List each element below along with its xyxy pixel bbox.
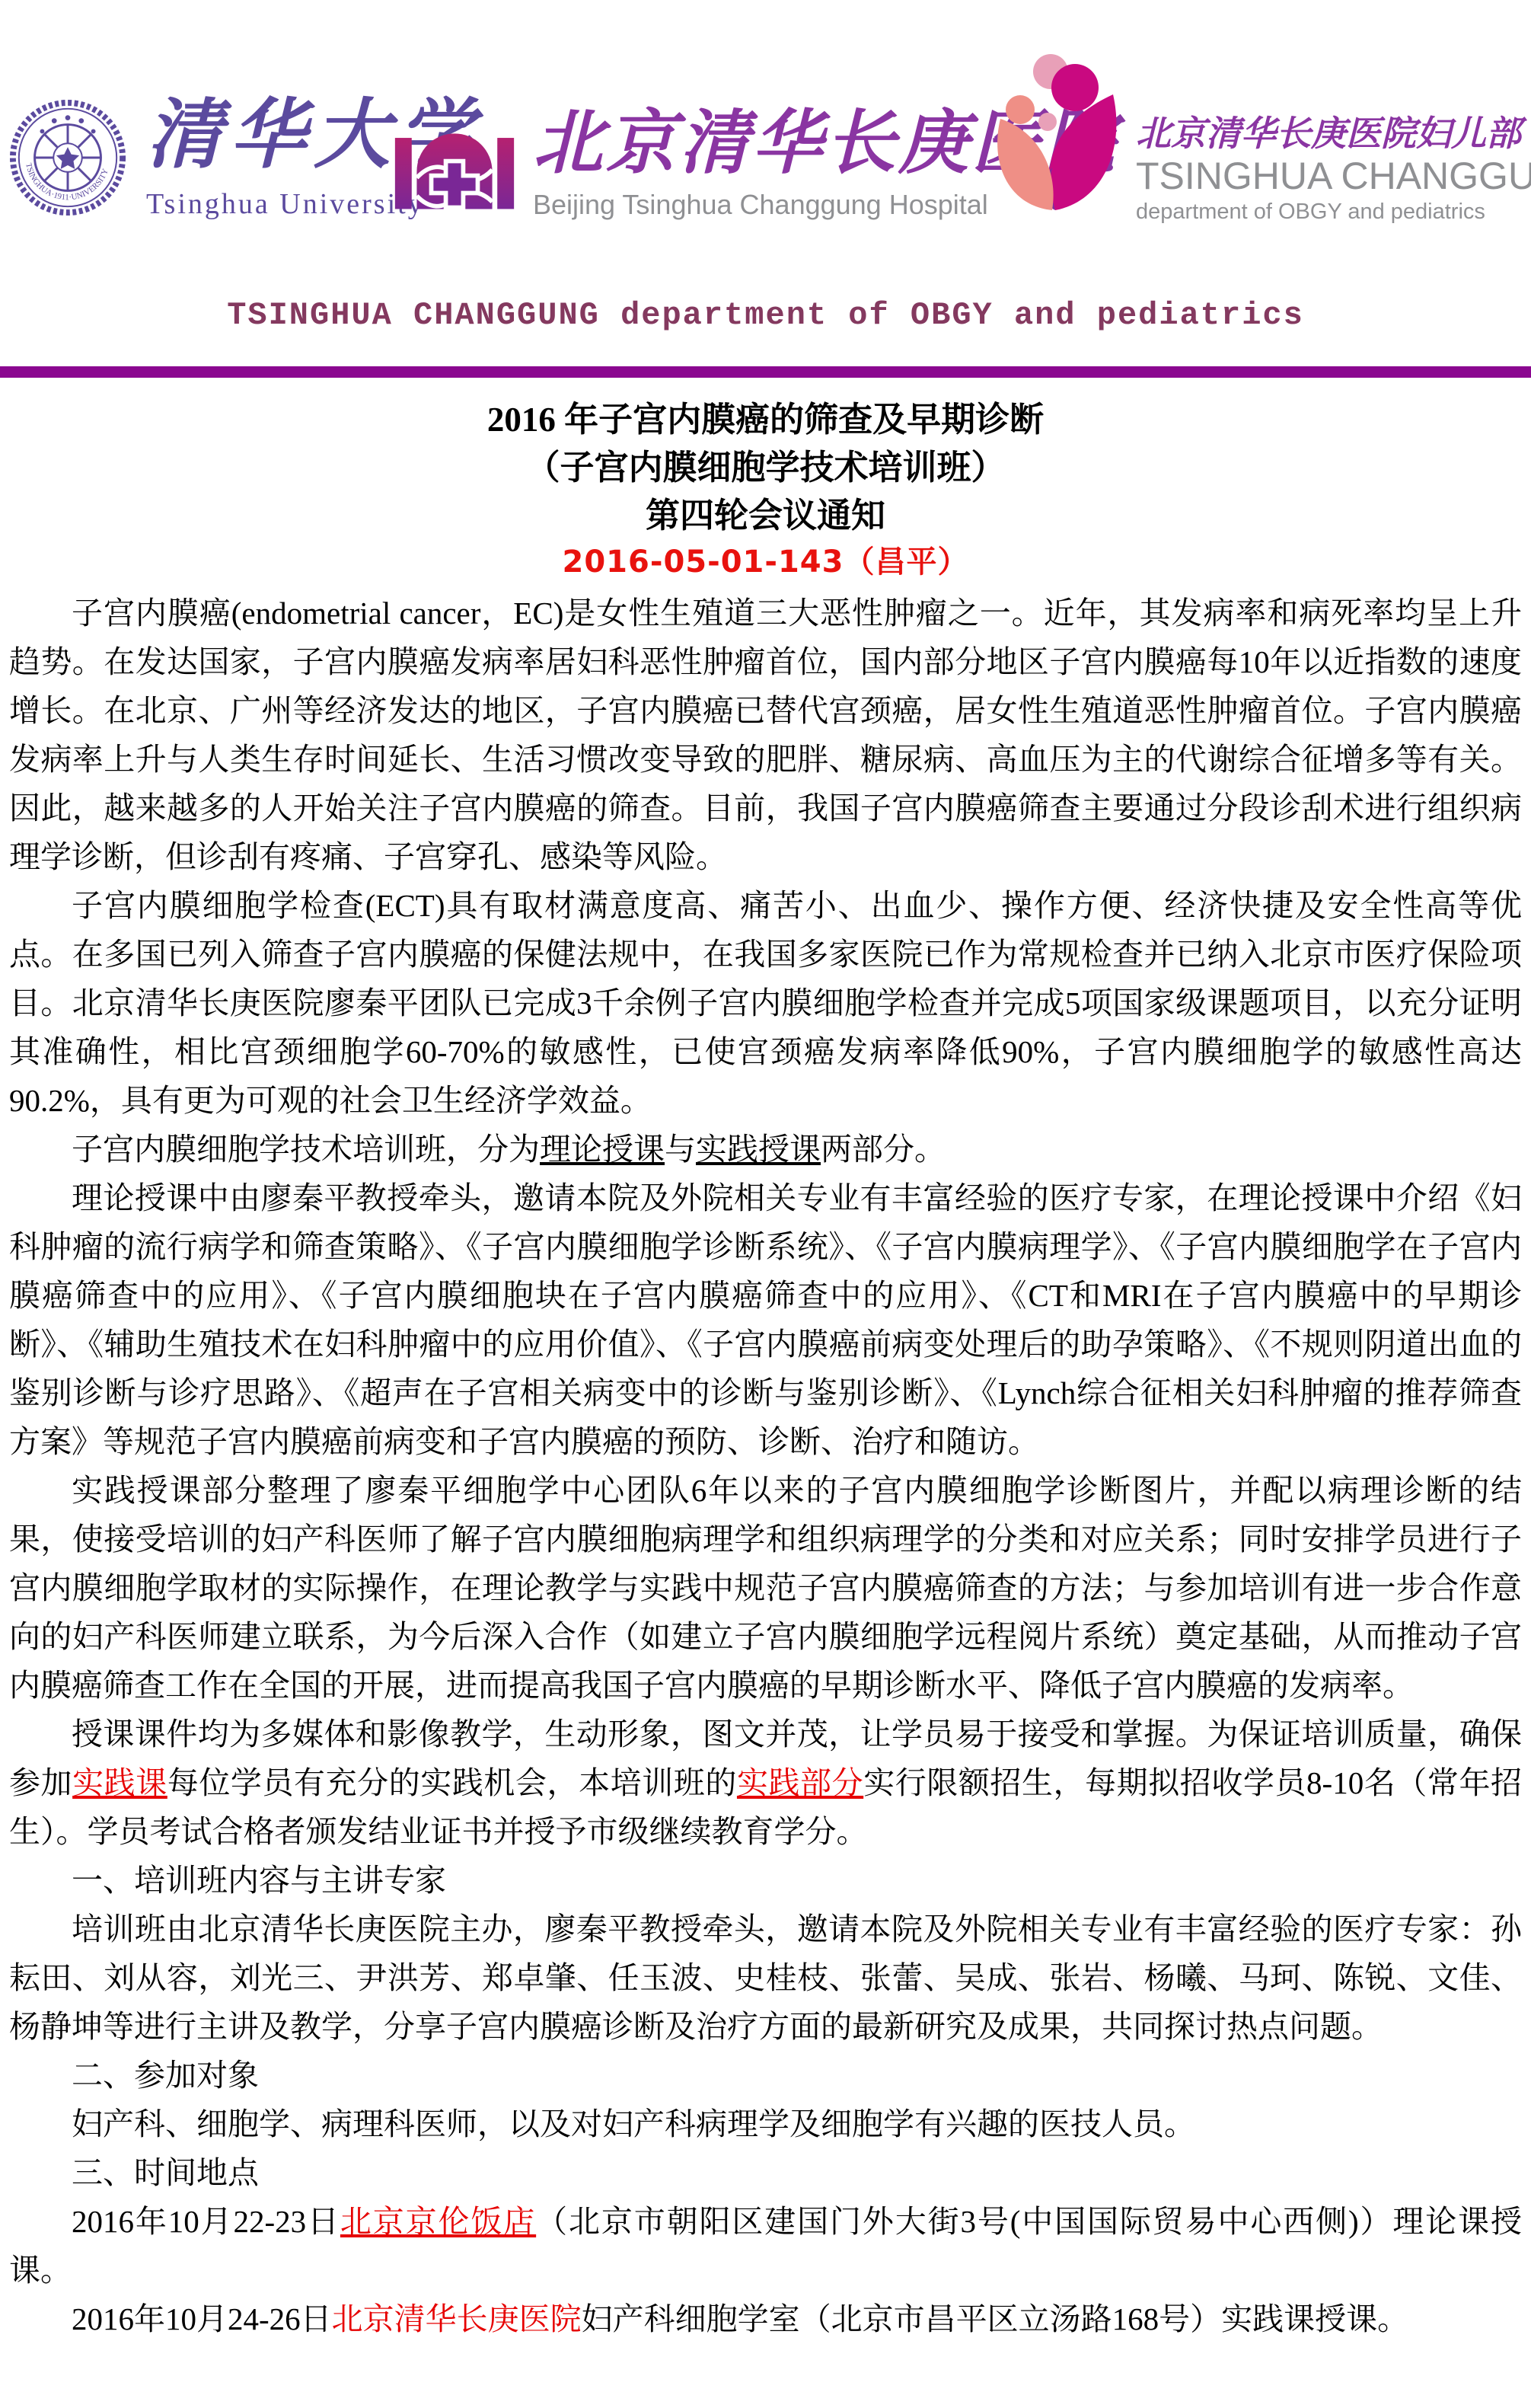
document-subtitle: （子宫内膜细胞学技术培训班） [0,444,1531,492]
text-segment: 子宫内膜细胞学技术培训班，分为 [72,1132,540,1167]
text-segment: 一、培训班内容与主讲专家 [72,1863,446,1898]
paragraph: 2016年10月24-26日北京清华长庚医院妇产科细胞学室（北京市昌平区立汤路1… [9,2295,1522,2343]
text-segment: 与 [665,1132,696,1167]
paragraph: 授课课件均为多媒体和影像教学，生动形象，图文并茂，让学员易于接受和掌握。为保证培… [9,1710,1522,1856]
text-segment: 三、时间地点 [72,2155,259,2190]
title-block: 2016 年子宫内膜癌的筛查及早期诊断 （子宫内膜细胞学技术培训班） 第四轮会议… [0,396,1531,584]
paragraph: 子宫内膜癌(endometrial cancer，EC)是女性生殖道三大恶性肿瘤… [9,589,1522,881]
notice-code: 2016-05-01-143（昌平） [0,540,1531,584]
notice-round-title: 第四轮会议通知 [0,492,1531,540]
text-segment: 二、参加对象 [72,2058,259,2093]
paragraph: 一、培训班内容与主讲专家 [9,1856,1522,1905]
text-segment: 实践授课部分整理了廖秦平细胞学中心团队6年以来的子宫内膜细胞学诊断图片，并配以病… [9,1473,1522,1703]
hospital-cn-calligraphy: 北京清华长庚医院 [533,108,990,178]
paragraph: 子宫内膜细胞学检查(ECT)具有取材满意度高、痛苦小、出血少、操作方便、经济快捷… [9,881,1522,1125]
text-segment: 理论授课中由廖秦平教授牵头，邀请本院及外院相关专业有丰富经验的医疗专家，在理论授… [9,1180,1522,1459]
paragraph: 妇产科、细胞学、病理科医师，以及对妇产科病理学及细胞学有兴趣的医技人员。 [9,2100,1522,2148]
notice-document-page: TSINGHUA·1911·UNIVERSITY 清华大学 Tsinghua U… [0,0,1531,2408]
text-segment: 每位学员有充分的实践机会，本培训班的 [167,1765,737,1800]
tsinghua-cn-calligraphy: 清华大学 [146,97,397,174]
text-segment: 子宫内膜癌(endometrial cancer，EC)是女性生殖道三大恶性肿瘤… [9,596,1522,874]
department-wordmark: 北京清华长庚医院妇儿部 TSINGHUA CHANGGUNG departmen… [1136,113,1501,225]
header-logo-row: TSINGHUA·1911·UNIVERSITY 清华大学 Tsinghua U… [0,0,1531,255]
paragraph: 二、参加对象 [9,2051,1522,2100]
department-en-subtitle: department of OBGY and pediatrics [1136,199,1501,225]
document-title: 2016 年子宫内膜癌的筛查及早期诊断 [0,396,1531,444]
tsinghua-university-seal-icon: TSINGHUA·1911·UNIVERSITY [8,97,128,218]
highlighted-text-segment: 实践授课 [696,1132,821,1167]
paragraph: 2016年10月22-23日北京京伦饭店（北京市朝阳区建国门外大街3号(中国国际… [9,2197,1522,2295]
department-cn-calligraphy: 北京清华长庚医院妇儿部 [1136,113,1501,155]
text-segment: 妇产科、细胞学、病理科医师，以及对妇产科病理学及细胞学有兴趣的医技人员。 [72,2106,1195,2141]
purple-divider-bar [0,366,1531,378]
text-segment: 子宫内膜细胞学检查(ECT)具有取材满意度高、痛苦小、出血少、操作方便、经济快捷… [9,888,1522,1118]
highlighted-text-segment: 实践部分 [737,1765,863,1800]
paragraph: 子宫内膜细胞学技术培训班，分为理论授课与实践授课两部分。 [9,1125,1522,1174]
highlighted-text-segment: 北京清华长庚医院 [332,2301,582,2336]
header-banner-text: TSINGHUA CHANGGUNG department of OBGY an… [0,299,1531,331]
text-segment: 2016年10月24-26日 [72,2301,332,2336]
department-en-title: TSINGHUA CHANGGUNG [1136,155,1501,199]
tsinghua-en-label: Tsinghua University [146,187,397,221]
paragraph: 三、时间地点 [9,2148,1522,2197]
highlighted-text-segment: 北京京伦饭店 [340,2204,536,2239]
hospital-cross-emblem-icon [393,107,516,217]
paragraph: 实践授课部分整理了廖秦平细胞学中心团队6年以来的子宫内膜细胞学诊断图片，并配以病… [9,1466,1522,1710]
tsinghua-wordmark: 清华大学 Tsinghua University [146,97,397,221]
highlighted-text-segment: 实践课 [72,1765,167,1800]
paragraph: 培训班由北京清华长庚医院主办，廖秦平教授牵头，邀请本院及外院相关专业有丰富经验的… [9,1905,1522,2051]
text-segment: 2016年10月22-23日 [72,2204,340,2239]
mother-child-logo-icon [984,47,1128,238]
document-body: 子宫内膜癌(endometrial cancer，EC)是女性生殖道三大恶性肿瘤… [9,589,1522,2343]
hospital-en-label: Beijing Tsinghua Changgung Hospital [533,189,990,221]
paragraph: 理论授课中由廖秦平教授牵头，邀请本院及外院相关专业有丰富经验的医疗专家，在理论授… [9,1174,1522,1466]
text-segment: 培训班由北京清华长庚医院主办，廖秦平教授牵头，邀请本院及外院相关专业有丰富经验的… [9,1911,1522,2044]
text-segment: 两部分。 [821,1132,946,1167]
text-segment: 妇产科细胞学室（北京市昌平区立汤路168号）实践课授课。 [582,2301,1409,2336]
highlighted-text-segment: 理论授课 [540,1132,665,1167]
hospital-wordmark: 北京清华长庚医院 Beijing Tsinghua Changgung Hosp… [533,108,990,221]
